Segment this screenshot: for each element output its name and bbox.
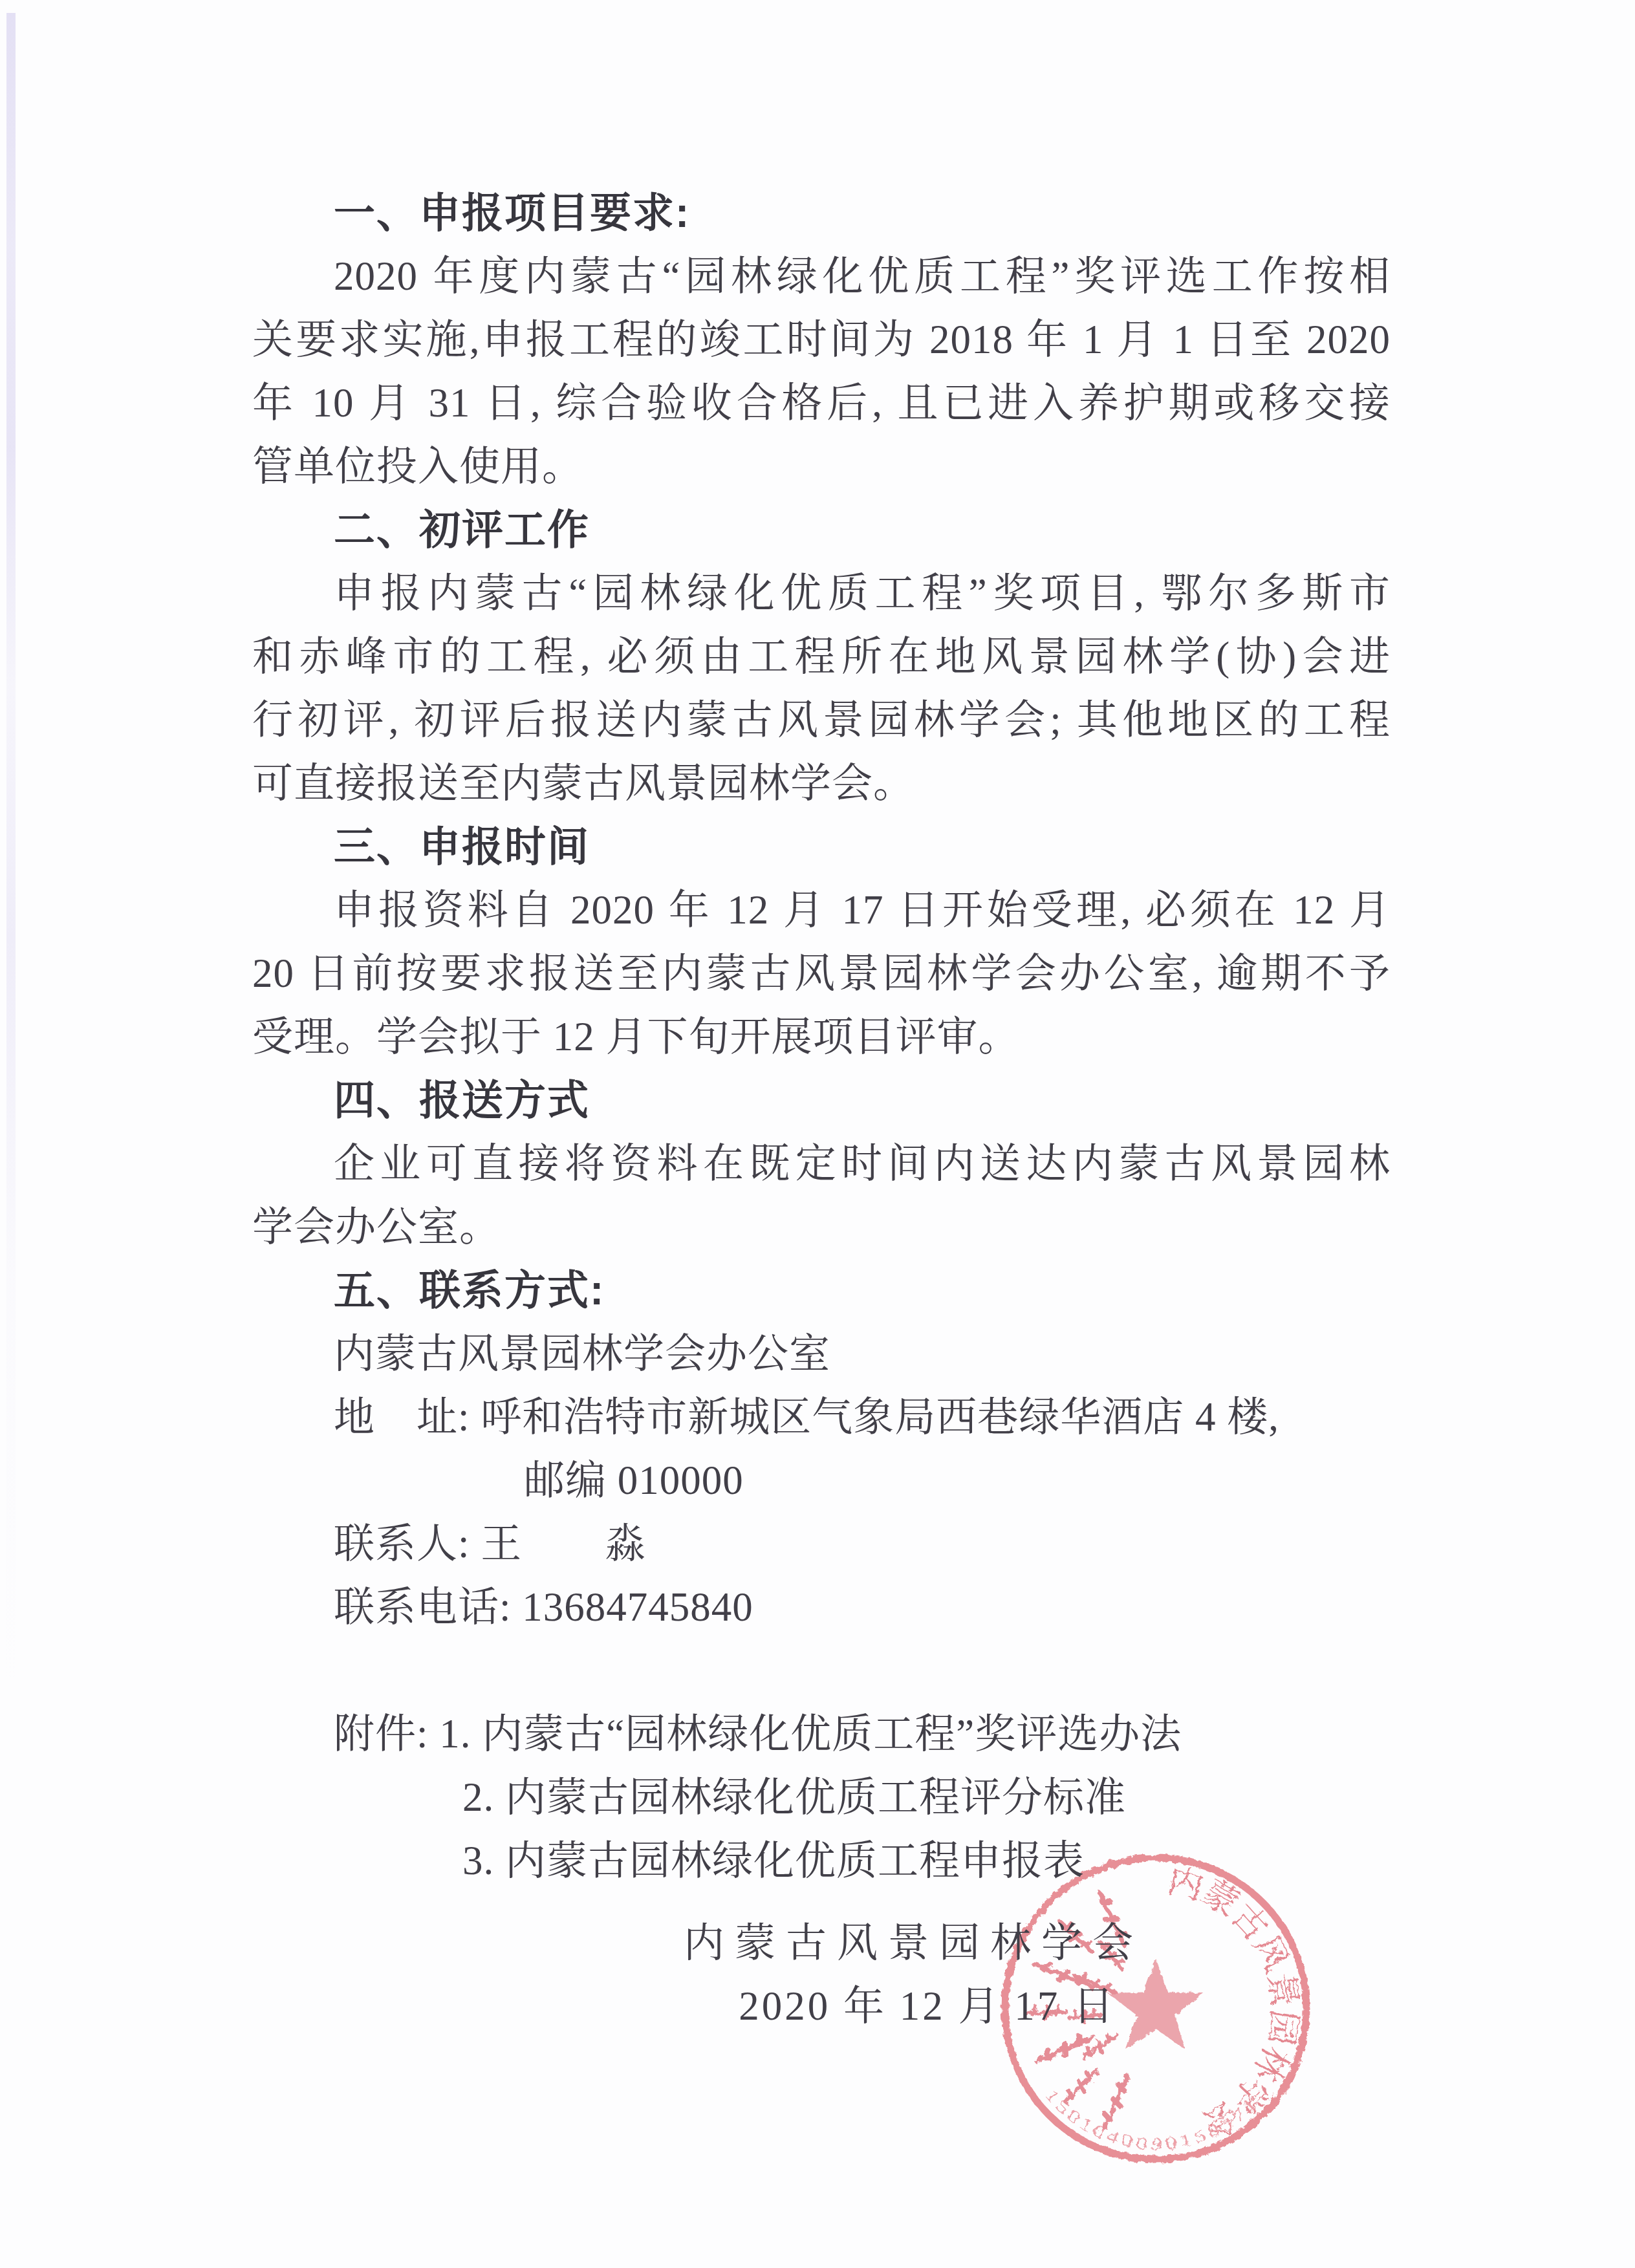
para-line: 申报资料自 2020 年 12 月 17 日开始受理, 必须在 12 月: [252, 878, 1391, 942]
attachment-item-2: 2. 内蒙古园林绿化优质工程评分标准: [252, 1766, 1391, 1829]
para-line: 和赤峰市的工程, 必须由工程所在地风景园林学(协)会进: [252, 625, 1391, 688]
contact-person-line: 联系人: 王 淼: [252, 1512, 1391, 1575]
para-line: 企业可直接将资料在既定时间内送达内蒙古风景园林: [252, 1132, 1391, 1195]
para-line: 行初评, 初评后报送内蒙古风景园林学会; 其他地区的工程: [252, 688, 1391, 751]
para-line: 可直接报送至内蒙古风景园林学会。: [252, 751, 1391, 815]
signature-date: 2020 年 12 月 17 日: [252, 1974, 1391, 2038]
para-line: 20 日前按要求报送至内蒙古风景园林学会办公室, 逾期不予: [252, 942, 1391, 1005]
attachment-item-3: 3. 内蒙古园林绿化优质工程申报表: [252, 1829, 1391, 1892]
document-body: 一、申报项目要求: 2020 年度内蒙古“园林绿化优质工程”奖评选工作按相 关要…: [0, 0, 1635, 2268]
para-line: 申报内蒙古“园林绿化优质工程”奖项目, 鄂尔多斯市: [252, 561, 1391, 625]
para-line: 受理。学会拟于 12 月下旬开展项目评审。: [252, 1005, 1391, 1068]
section-3-heading: 三、申报时间: [252, 815, 1391, 878]
contact-phone-line: 联系电话: 13684745840: [252, 1575, 1391, 1639]
blank-line: [252, 1639, 1391, 1702]
attachment-item-1: 附件: 1. 内蒙古“园林绿化优质工程”奖评选办法: [252, 1702, 1391, 1766]
section-2-heading: 二、初评工作: [252, 498, 1391, 561]
contact-address-line: 地 址: 呼和浩特市新城区气象局西巷绿华酒店 4 楼,: [252, 1385, 1391, 1449]
para-line: 年 10 月 31 日, 综合验收合格后, 且已进入养护期或移交接: [252, 371, 1391, 435]
para-line: 关要求实施,申报工程的竣工时间为 2018 年 1 月 1 日至 2020: [252, 308, 1391, 371]
contact-postal-line: 邮编 010000: [252, 1449, 1391, 1512]
scanned-document-page: { "page": { "bg": "#fdfdfe", "text_color…: [0, 0, 1635, 2268]
para-line: 学会办公室。: [252, 1195, 1391, 1258]
contact-office-line: 内蒙古风景园林学会办公室: [252, 1322, 1391, 1385]
section-1-heading: 一、申报项目要求:: [252, 181, 1391, 244]
section-4-heading: 四、报送方式: [252, 1068, 1391, 1132]
para-line: 管单位投入使用。: [252, 435, 1391, 498]
signature-org: 内蒙古风景园林学会: [252, 1911, 1391, 1974]
para-line: 2020 年度内蒙古“园林绿化优质工程”奖评选工作按相: [252, 244, 1391, 308]
section-5-heading: 五、联系方式:: [252, 1258, 1391, 1322]
